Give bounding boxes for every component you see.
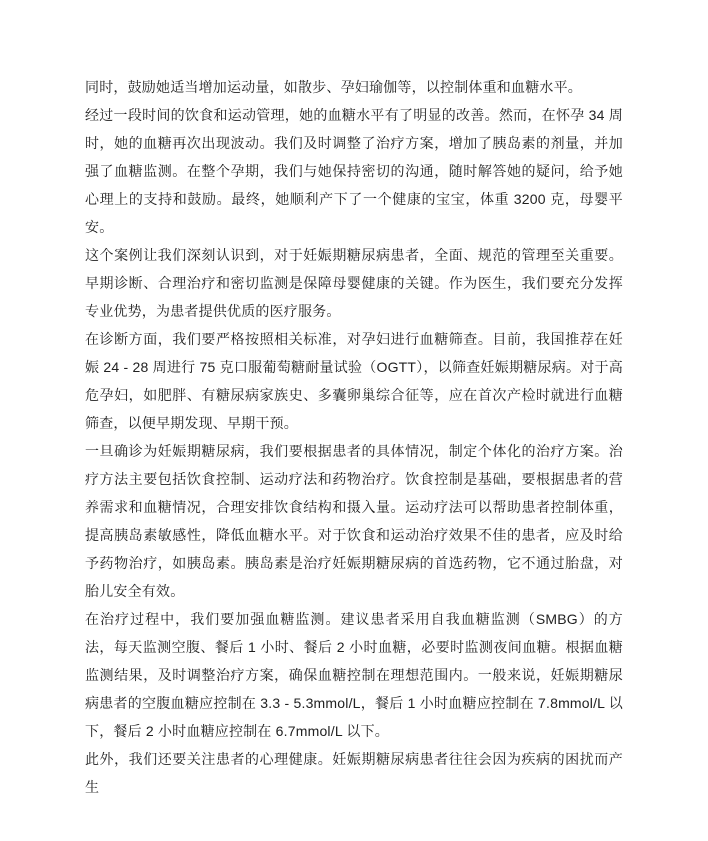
paragraph: 一旦确诊为妊娠期糖尿病，我们要根据患者的具体情况，制定个体化的治疗方案。治疗方法… — [85, 437, 623, 605]
document-text-body: 同时，鼓励她适当增加运动量，如散步、孕妇瑜伽等，以控制体重和血糖水平。 经过一段… — [85, 73, 623, 801]
paragraph: 在诊断方面，我们要严格按照相关标准，对孕妇进行血糖筛查。目前，我国推荐在妊娠 2… — [85, 325, 623, 437]
paragraph: 这个案例让我们深刻认识到，对于妊娠期糖尿病患者，全面、规范的管理至关重要。早期诊… — [85, 241, 623, 325]
paragraph: 此外，我们还要关注患者的心理健康。妊娠期糖尿病患者往往会因为疾病的困扰而产生 — [85, 745, 623, 801]
paragraph: 在治疗过程中，我们要加强血糖监测。建议患者采用自我血糖监测（SMBG）的方法，每… — [85, 605, 623, 745]
paragraph: 同时，鼓励她适当增加运动量，如散步、孕妇瑜伽等，以控制体重和血糖水平。 — [85, 73, 623, 101]
document-page: 同时，鼓励她适当增加运动量，如散步、孕妇瑜伽等，以控制体重和血糖水平。 经过一段… — [0, 0, 708, 841]
paragraph: 经过一段时间的饮食和运动管理，她的血糖水平有了明显的改善。然而，在怀孕 34 周… — [85, 101, 623, 241]
